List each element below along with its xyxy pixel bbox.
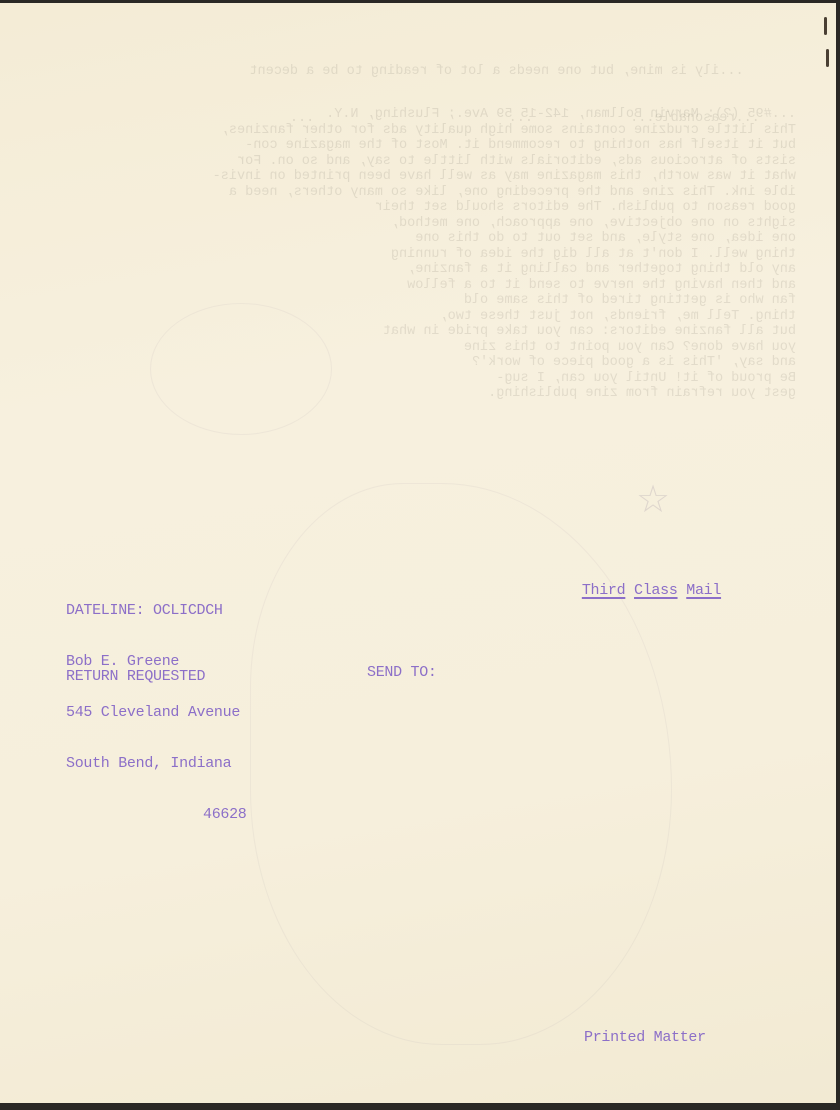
bleed-line: fan who is getting tired of this same ol… (213, 293, 796, 309)
bleed-line: good reason to publish. The editors shou… (213, 200, 796, 216)
bleed-line: and then having the nerve to send it to … (213, 278, 796, 294)
bleed-line: one idea, one style, and set out to do t… (213, 231, 796, 247)
bleed-line: what it was worth, this magazine may as … (213, 169, 796, 185)
sender-street: 545 Cleveland Avenue (66, 704, 247, 721)
postage-word: Third (582, 582, 626, 599)
bleed-line: ible ink. This zine and the preceding on… (213, 185, 796, 201)
postage-class: Third Class Mail (547, 565, 721, 616)
bleed-line: ...#95 (?): Marvin Bollman, 142-15 59 Av… (213, 107, 796, 123)
printed-matter-label: Printed Matter (584, 1029, 706, 1046)
postage-word: Class (634, 582, 678, 599)
bleed-line: but it itself has nothing to recommend i… (213, 138, 796, 154)
sender-zip: 46628 (66, 806, 247, 823)
dateline: DATELINE: OCLICDCH (66, 602, 247, 619)
mailer-page: ...ily is mine, but one needs a lot of r… (0, 3, 836, 1103)
bleed-line: sists of atrocious ads, editorials with … (213, 154, 796, 170)
bleed-line: This little crudzine contains some high … (213, 123, 796, 139)
send-to-label: SEND TO: (367, 664, 437, 681)
faint-sketch-head (150, 303, 332, 435)
return-address: DATELINE: OCLICDCH Bob E. Greene 545 Cle… (66, 568, 247, 857)
bleed-line: ...ily is mine, but one needs a lot of r… (249, 64, 776, 80)
bleed-line: sights on one objective, one approach, o… (213, 216, 796, 232)
faint-star-icon: ☆ (636, 481, 672, 517)
return-requested: RETURN REQUESTED (66, 668, 205, 685)
staple-icon (826, 49, 829, 67)
sender-city-state: South Bend, Indiana (66, 755, 247, 772)
postage-word: Mail (686, 582, 721, 599)
staple-icon (824, 17, 827, 35)
bleed-line: thing well. I don't at all dig the idea … (213, 247, 796, 263)
bleed-line: any old thing together and calling it a … (213, 262, 796, 278)
